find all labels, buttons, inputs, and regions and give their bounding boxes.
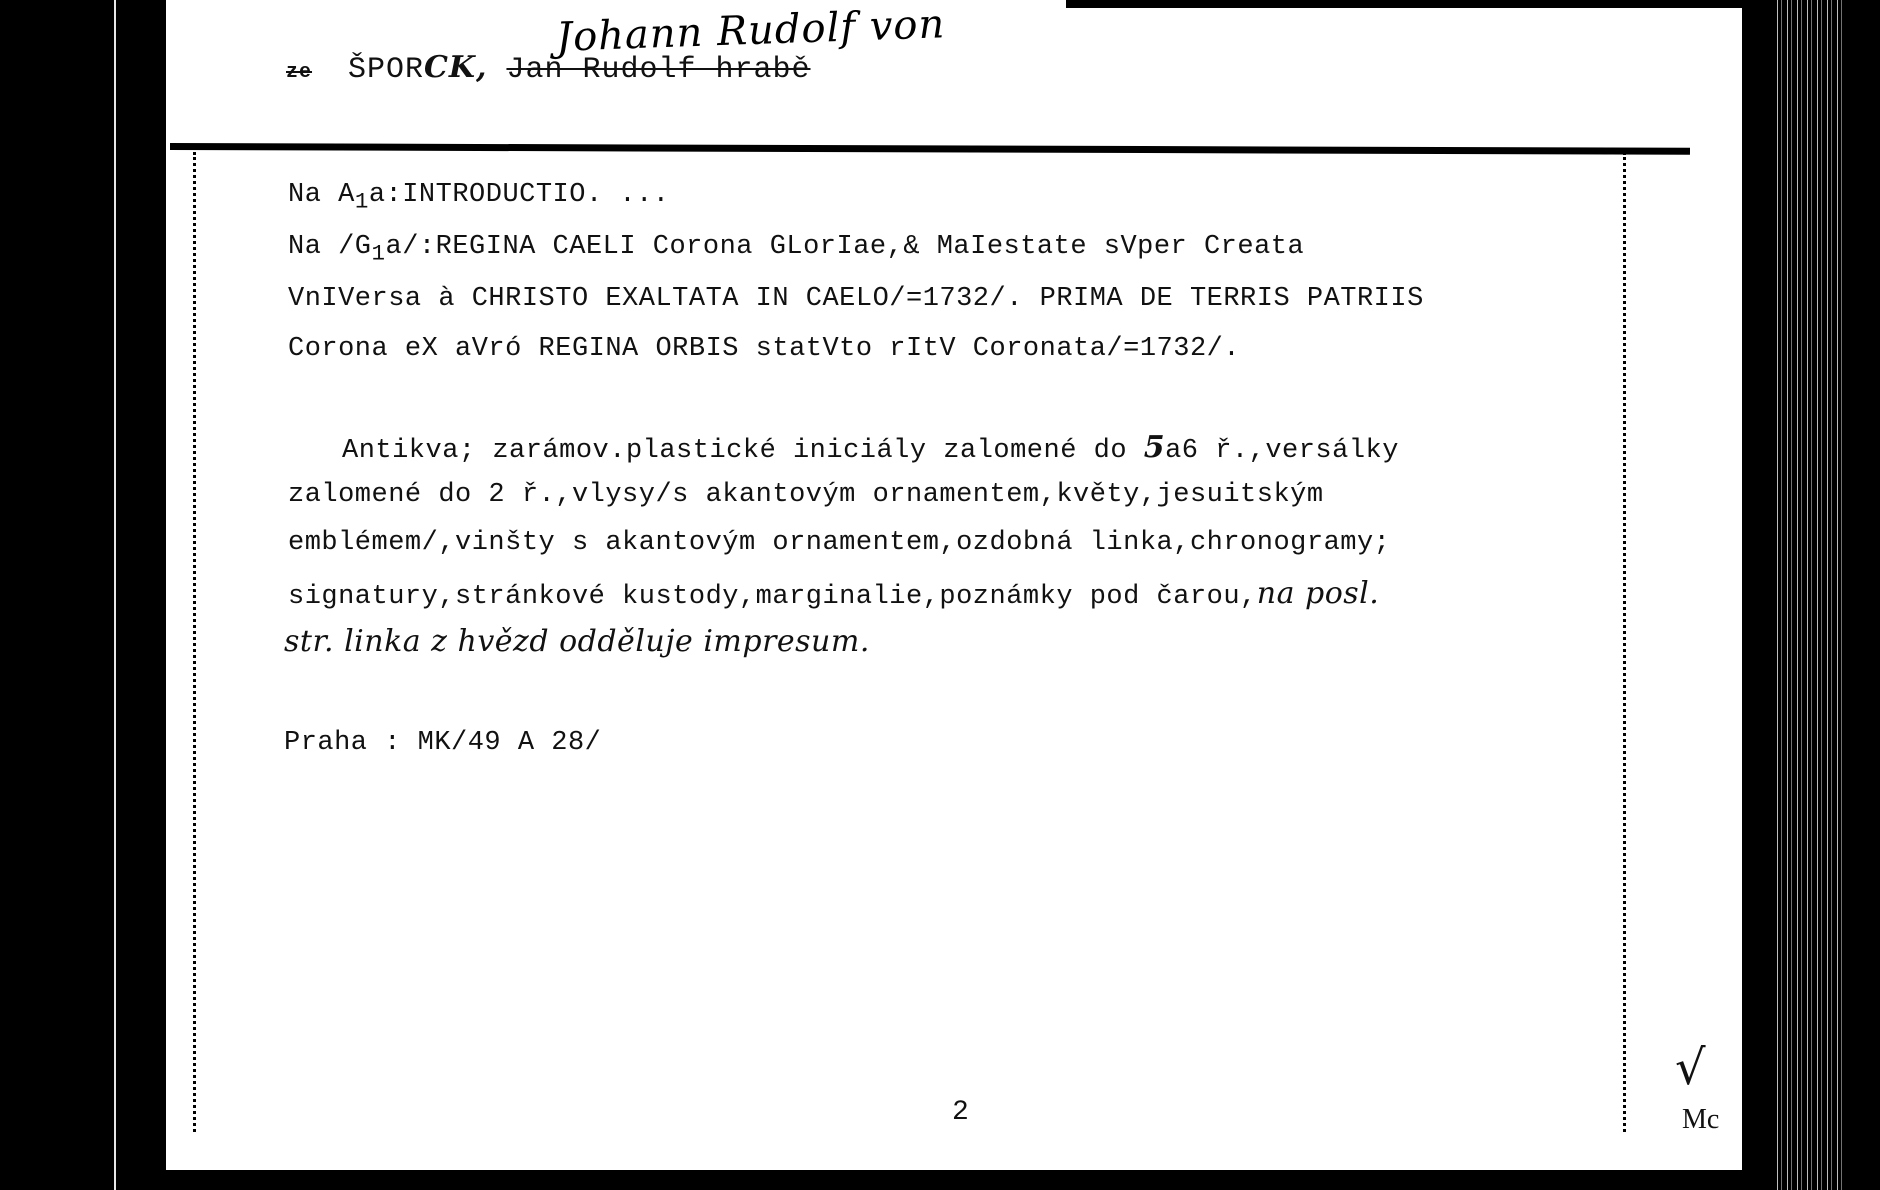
location-shelfmark: Praha : MK/49 A 28/ — [284, 728, 601, 758]
description-4-text: signatury,stránkové kustody,marginalie,p… — [288, 582, 1257, 612]
incipit-line-1: Na A1a:INTRODUCTIO. ... — [288, 180, 669, 214]
incipit-2-sub: 1 — [372, 240, 386, 266]
handwritten-note-start: na posl. — [1257, 576, 1380, 611]
incipit-1-prefix: Na A — [288, 180, 355, 210]
incipit-2-text: a/:REGINA CAELI Corona GLorIaе,& MaIesta… — [386, 232, 1305, 262]
heading-surname: ŠPOR — [348, 53, 424, 87]
incipit-line-4: Corona eX aVró REGINA ORBIS statVto rItV… — [288, 334, 1240, 364]
right-margin-line — [1623, 152, 1626, 1132]
struck-given-name: Jan Rudolf hrabě — [506, 53, 810, 87]
description-1-rest: a6 ř.,versálky — [1165, 436, 1399, 466]
card-heading: zeŠPORCK, Jan Rudolf hrabě — [286, 50, 811, 87]
incipit-2-prefix: Na /G — [288, 232, 372, 262]
description-line-2: zalomené do 2 ř.,vlysy/s akantovým ornam… — [288, 480, 1324, 510]
incipit-line-2: Na /G1a/:REGINA CAELI Corona GLorIaе,& M… — [288, 232, 1304, 266]
heading-surname-correction: CK, — [424, 50, 487, 85]
incipit-1-sub: 1 — [355, 188, 369, 214]
description-line-4: signatury,stránkové kustody,marginalie,p… — [288, 576, 1379, 612]
deleted-prefix: ze — [286, 61, 312, 84]
scan-top-edge — [1066, 0, 1880, 8]
page-number: 2 — [952, 1097, 969, 1128]
heading-rule — [170, 143, 1690, 155]
check-mark-icon: √ — [1675, 1040, 1706, 1096]
incipit-line-3: VnIVersa à CHRISTO EXALTATA IN CAELO/=17… — [288, 284, 1424, 314]
handwritten-note-line: str. linka z hvězd odděluje impresum. — [284, 624, 870, 659]
description-1-text: Antikva; zarámov.plastické iniciály zalo… — [342, 436, 1144, 466]
handwritten-correction-5: 5 — [1144, 430, 1165, 465]
description-line-3: emblémem/,vinšty s akantovým ornamentem,… — [288, 528, 1390, 558]
scan-noise-strip — [1772, 0, 1847, 1190]
cataloger-initials: Mc — [1682, 1104, 1719, 1136]
description-line-1: Antikva; zarámov.plastické iniciály zalo… — [342, 430, 1399, 466]
left-margin-line — [193, 152, 196, 1132]
incipit-1-text: a:INTRODUCTIO. ... — [369, 180, 670, 210]
catalog-card: Johann Rudolf von zeŠPORCK, Jan Rudolf h… — [166, 0, 1742, 1170]
scan-edge-line — [114, 0, 116, 1190]
